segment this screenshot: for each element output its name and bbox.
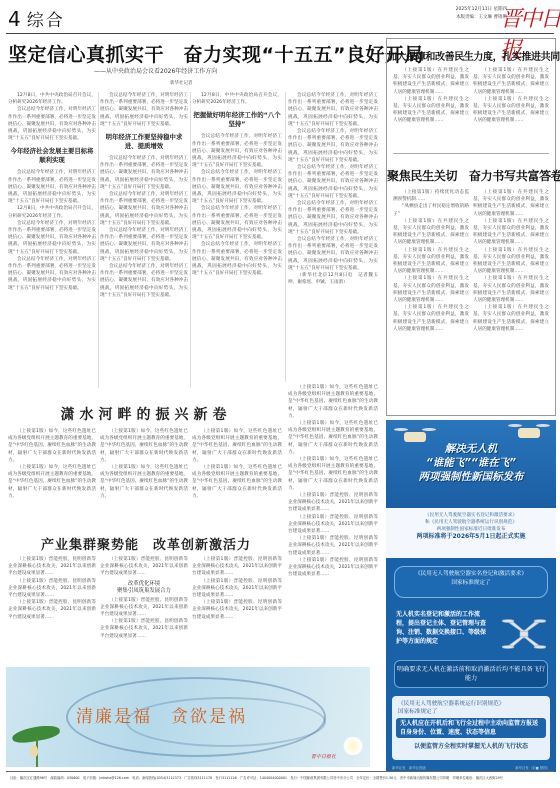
right-box-1-paragraph: （上接第1版）在共建民生之基，夯实人民群众的创业利益，激发积极建设生产生活新模式… — [473, 67, 549, 96]
credit-right: 新华社发（宋■ 制图） — [515, 765, 550, 770]
right-box-1-paragraph: （上接第1版）在共建民生之基，夯实人民群众的创业利益，激发积极建设生产生活新模式… — [473, 96, 549, 125]
right-box-2-paragraph: （上接第1版）在共建民生之基，夯实人民群众的创业利益，激发积极建设生产生活新模式… — [393, 218, 469, 247]
column-rule — [98, 92, 99, 388]
lead-paragraph: 会议总结今年经济工作，对明年经济工作作出一系列重要部署，必将进一步坚定发展信心、… — [192, 169, 282, 205]
credit-left: 新华社发 新华社图表 — [392, 765, 426, 770]
industry-subhead-line-2: 聚集引凤筑巢发展合力 — [100, 588, 188, 595]
standard-1-sub: 国家标准规定了 — [395, 579, 547, 588]
drone-icon — [518, 428, 540, 438]
industry-paragraph: （上接第1版）晋能控股、昆明创新等企业深耕核心技术攻关，2021年以来创新平台建… — [192, 556, 282, 578]
lead-subtitle: ——从中央政治局会议看2026年经济工作方向 — [94, 66, 217, 75]
industry-col-3: （上接第1版）晋能控股、昆明创新等企业深耕核心技术攻关，2021年以来创新平台建… — [192, 556, 282, 660]
lead-byline: 新华社记者 — [170, 80, 193, 86]
lead-paragraph: 会议总结今年经济工作，对明年经济工作作出一系列重要部署，必将进一步坚定发展信心、… — [288, 92, 378, 128]
standard-2-heading: 《民用无人驾驶航空器系统运行识别规范》 国家标准规定了 — [392, 696, 550, 716]
right-box-1-paragraph: （上接第1版）在共建民生之基，夯实人民群众的创业利益，激发积极建设生产生活新模式… — [393, 96, 469, 125]
lead-subhead: 明年经济工作要坚持稳中求进、提质增效 — [100, 133, 188, 151]
lead-column-4: 会议总结今年经济工作，对明年经济工作作出一系列重要部署，必将进一步坚定发展信心、… — [288, 92, 378, 382]
lead-paragraph: 会议总结今年经济工作，对明年经济工作作出一系列重要部署，必将进一步坚定发展信心、… — [192, 133, 282, 169]
standard-2-title: 《民用无人驾驶航空器系统运行识别规范》 — [398, 700, 550, 708]
issue-meta: 2025年12月11日 星期四 本版责编：王文琳 曹锦然 — [427, 6, 507, 22]
industry-subhead: 改革优化环境 聚集引凤筑巢发展合力 — [100, 581, 188, 595]
right-box-2-paragraph: （上接第1版）在共建民生之基，夯实人民群众的创业利益，激发积极建设生产生活新模式… — [393, 275, 469, 304]
lead-paragraph: 会议总结今年经济工作，对明年经济工作作出一系列重要部署，必将进一步坚定发展信心、… — [100, 263, 188, 299]
right-box-1-paragraph: （上接第1版）在共建民生之基，夯实人民群众的创业利益，激发积极建设生产生活新模式… — [393, 67, 469, 96]
drone-infographic: 解决无人机 “谁能飞”“谁在飞” 两项强制性新国标发布 《民用无人驾驶航空器实名… — [386, 420, 556, 772]
industry-paragraph: （上接第1版）晋能控股、昆明创新等企业深耕核心技术攻关，2021年以来创新平台建… — [8, 578, 96, 600]
right-box-2-paragraph: （上接第1版）在共建民生之基，夯实人民群众的创业利益，激发积极建设生产生活新模式… — [393, 247, 469, 276]
xiaoshui-paragraph: （上接第1版）如今，这些红色遗址已成为各级党组织开展主题教育的重要基地，是“中华… — [8, 428, 96, 464]
xiaoshui-paragraph: （上接第1版）如今，这些红色遗址已成为各级党组织开展主题教育的重要基地，是“中华… — [192, 428, 282, 464]
xiaoshui-paragraph: （上接第1版）如今，这些红色遗址已成为各级党组织开展主题教育的重要基地，是“中华… — [288, 456, 378, 492]
xiaoshui-headline: 潇水河畔的振兴新卷 — [8, 404, 284, 424]
right-box-2-paragraph: （上接第1版）在共建民生之基，夯实人民群众的创业利益，激发积极建设生产生活新模式… — [473, 304, 549, 333]
banner-slogan: 清廉是福 贪欲是祸 — [76, 702, 247, 727]
lead-paragraph: 会议总结今年经济工作，对明年经济工作作出一系列重要部署，必将进一步坚定发展信心、… — [288, 164, 378, 200]
right-box-1-title: 加大保障和改善民生力度，扎实推进共同富裕 — [387, 48, 555, 63]
lead-headline: 坚定信心真抓实干 奋力实现“十五五”良好开局 — [8, 40, 424, 67]
industry-paragraph: （上接第1版）晋能控股、昆明创新等企业深耕核心技术攻关，2021年以来创新平台建… — [8, 599, 96, 621]
standard-1-rule: 明确要求无人机在激活前和取消激活后均不能具备飞行能力 — [394, 660, 548, 688]
lead-paragraph: 会议总结今年经济工作，对明年经济工作作出一系列重要部署，必将进一步坚定发展信心、… — [8, 169, 96, 205]
column-rule — [190, 92, 191, 388]
lead-paragraph: 会议总结今年经济工作，对明年经济工作作出一系列重要部署，必将进一步坚定发展信心、… — [288, 200, 378, 236]
lotus-flower-icon — [342, 737, 364, 755]
lead-paragraph: 会议总结今年经济工作，对明年经济工作作出一系列重要部署，必将进一步坚定发展信心、… — [192, 205, 282, 241]
standard-1-bubble: 《民用无人驾驶航空器实名登记和激活要求》 国家标准规定了 — [394, 566, 548, 598]
xiaoshui-paragraph: （上接第1版）如今，这些红色遗址已成为各级党组织开展主题教育的重要基地，是“中华… — [100, 428, 188, 464]
industry-subhead-line-1: 改革优化环境 — [100, 581, 188, 588]
industry-col-1: （上接第1版）晋能控股、昆明创新等企业深耕核心技术攻关，2021年以来创新平台建… — [8, 556, 96, 660]
infographic-intro: 《民用无人驾驶航空器实名登记和激活要求》 和《民用无人驾驶航空器系统运行识别规范… — [386, 508, 556, 558]
standard-2-panel: 《民用无人驾驶航空器系统运行识别规范》 国家标准规定了 无人机应在开机后和飞行全… — [392, 696, 550, 760]
industry-paragraph: （上接第1版）晋能控股、昆明创新等企业深耕核心技术攻关，2021年以来创新平台建… — [192, 578, 282, 600]
lead-paragraph: 会议总结今年经济工作，对明年经济工作作出一系列重要部署，必将进一步坚定发展信心、… — [288, 236, 378, 272]
xiaoshui-col-1: （上接第1版）如今，这些红色遗址已成为各级党组织开展主题教育的重要基地，是“中华… — [8, 428, 96, 520]
banner-logo: 晋中日报社 — [311, 753, 336, 760]
industry-col-2: （上接第1版）晋能控股、昆明创新等企业深耕核心技术攻关，2021年以来创新平台建… — [100, 556, 188, 660]
infographic-headline: 解决无人机 “谁能飞”“谁在飞” 两项强制性新国标发布 — [386, 442, 556, 484]
lead-paragraph: 12月8日，中共中央政治局召开会议，分析研究2026年经济工作。 — [192, 92, 282, 106]
masthead-rule — [6, 33, 554, 34]
intro-line: 《民用无人驾驶航空器实名登记和激活要求》 — [386, 513, 556, 520]
right-box-1-col-1: （上接第1版）在共建民生之基，夯实人民群众的创业利益，激发积极建设生产生活新模式… — [393, 67, 469, 149]
right-box-2-col-1: （上接第1版）持续优化动态监测预警机制…… “凤栖县走出了村民稳定增收的路子” … — [393, 189, 469, 409]
industry-paragraph: （上接第1版）晋能控股、昆明创新等企业深耕核心技术攻关，2021年以来创新平台建… — [100, 556, 188, 578]
right-box-2-paragraph: （上接第1版）在共建民生之基，夯实人民群众的创业利益，激发积极建设生产生活新模式… — [473, 189, 549, 218]
infographic-credit: 新华社发 新华社图表 新华社发（宋■ 制图） — [392, 765, 550, 770]
standard-1-desc: 无人机实名登记和激活的工作流程，提出登记主体、登记管理与查询、注销、数据交换接口… — [396, 610, 490, 646]
lead-paragraph: 会议总结今年经济工作，对明年经济工作作出一系列重要部署，必将进一步坚定发展信心、… — [100, 227, 188, 263]
integrity-banner: 清廉是福 贪欲是祸 晋中日报社 — [6, 667, 370, 767]
xiaoshui-paragraph: （上接第1版）如今，这些红色遗址已成为各级党组织开展主题教育的重要基地，是“中华… — [288, 384, 378, 420]
xiaoshui-col-4: （上接第1版）如今，这些红色遗址已成为各级党组织开展主题教育的重要基地，是“中华… — [288, 384, 378, 660]
lead-paragraph: 会议总结今年经济工作，对明年经济工作作出一系列重要部署，必将进一步坚定发展信心、… — [8, 256, 96, 292]
headline-line-2: “谁能飞”“谁在飞” — [386, 456, 556, 470]
page-number: 4综合 — [8, 6, 65, 31]
xiaoshui-paragraph: （上接第1版）如今，这些红色遗址已成为各级党组织开展主题教育的重要基地，是“中华… — [8, 464, 96, 500]
industry-paragraph: （上接第1版）晋能控股、昆明创新等企业深耕核心技术攻关，2021年以来创新平台建… — [288, 492, 378, 514]
lead-column-1: 12月8日，中共中央政治局召开会议，分析研究2026年经济工作。 会议总结今年经… — [8, 92, 96, 388]
industry-headline: 产业集群聚势能 改革创新激活力 — [8, 534, 284, 553]
lead-paragraph: 会议总结今年经济工作，对明年经济工作作出一系列重要部署，必将进一步坚定发展信心、… — [100, 92, 188, 128]
xiaoshui-col-3: （上接第1版）如今，这些红色遗址已成为各级党组织开展主题教育的重要基地，是“中华… — [192, 428, 282, 520]
industry-paragraph: （上接第1版）晋能控股、昆明创新等企业深耕核心技术攻关，2021年以来创新平台建… — [288, 535, 378, 557]
right-box-2-paragraph: （上接第1版）在共建民生之基，夯实人民群众的创业利益，激发积极建设生产生活新模式… — [393, 304, 469, 333]
industry-paragraph: （上接第1版）晋能控股、昆明创新等企业深耕核心技术攻关，2021年以来创新平台建… — [192, 599, 282, 621]
lead-paragraph: 会议总结今年经济工作，对明年经济工作作出一系列重要部署，必将进一步坚定发展信心、… — [288, 128, 378, 164]
lead-subhead: 把握做好明年经济工作的“八个坚持” — [192, 111, 282, 129]
lead-column-3: 12月8日，中共中央政治局召开会议，分析研究2026年经济工作。 把握做好明年经… — [192, 92, 282, 388]
right-box: 加大保障和改善民生力度，扎实推进共同富裕 （上接第1版）在共建民生之基，夯实人民… — [386, 38, 556, 416]
right-box-2-paragraph: “凤栖县走出了村民稳定增收的路子” — [393, 203, 469, 217]
issue-date: 2025年12月11日 — [456, 7, 492, 12]
section-name: 综合 — [27, 11, 65, 31]
lead-credit: （新华社北京12月8日电 记者魏玉坤、谢希瑶、申铖、王雨萧） — [288, 272, 378, 286]
page-number-value: 4 — [8, 7, 23, 31]
lotus-bud-icon — [30, 745, 38, 757]
industry-paragraph: （上接第1版）晋能控股、昆明创新等企业深耕核心技术攻关，2021年以来创新平台建… — [288, 557, 378, 579]
lead-paragraph: 会议总结今年经济工作，对明年经济工作作出一系列重要部署，必将进一步坚定发展信心、… — [8, 220, 96, 256]
imprint-footer: 社址：榆次区汇通路96号 邮政编码：030600 电子信箱：jzrbshe@12… — [10, 775, 550, 780]
masthead: 4综合 2025年12月11日 星期四 本版责编：王文琳 曹锦然 晋中日报 — [0, 0, 560, 34]
footer-rule — [6, 771, 554, 772]
industry-paragraph: （上接第1版）晋能控股、昆明创新等企业深耕核心技术攻关，2021年以来创新平台建… — [100, 618, 188, 640]
standard-2-sub: 国家标准规定了 — [398, 708, 550, 716]
lead-column-2: 会议总结今年经济工作，对明年经济工作作出一系列重要部署，必将进一步坚定发展信心、… — [100, 92, 188, 388]
lead-paragraph: 会议总结今年经济工作，对明年经济工作作出一系列重要部署，必将进一步坚定发展信心、… — [100, 191, 188, 227]
headline-line-3: 两项强制性新国标发布 — [386, 470, 556, 484]
lead-paragraph: 会议总结今年经济工作，对明年经济工作作出一系列重要部署，必将进一步坚定发展信心、… — [8, 106, 96, 142]
headline-line-1: 解决无人机 — [386, 442, 556, 456]
right-box-2-paragraph: （上接第1版）在共建民生之基，夯实人民群众的创业利益，激发积极建设生产生活新模式… — [473, 218, 549, 247]
right-box-2-paragraph: （上接第1版）在共建民生之基，夯实人民群众的创业利益，激发积极建设生产生活新模式… — [473, 275, 549, 304]
lead-paragraph: 会议总结今年经济工作，对明年经济工作作出一系列重要部署，必将进一步坚定发展信心、… — [192, 241, 282, 277]
lead-paragraph: 12月8日，中共中央政治局召开会议，分析研究2026年经济工作。 — [8, 205, 96, 219]
industry-paragraph: （上接第1版）晋能控股、昆明创新等企业深耕核心技术攻关，2021年以来创新平台建… — [8, 556, 96, 578]
drone-icon — [404, 432, 426, 442]
right-box-separator — [393, 153, 549, 154]
lead-paragraph: 12月8日，中共中央政治局召开会议，分析研究2026年经济工作。 — [8, 92, 96, 106]
right-box-2-col-2: （上接第1版）在共建民生之基，夯实人民群众的创业利益，激发积极建设生产生活新模式… — [473, 189, 549, 399]
effective-date: 两项标准将于2026年5月1日起正式实施 — [386, 534, 556, 541]
right-box-1-col-2: （上接第1版）在共建民生之基，夯实人民群众的创业利益，激发积极建设生产生活新模式… — [473, 67, 549, 149]
column-rule — [285, 92, 286, 382]
xiaoshui-col-2: （上接第1版）如今，这些红色遗址已成为各级党组织开展主题教育的重要基地，是“中华… — [100, 428, 188, 520]
standard-2-foot: 以便监管方全程实时掌握无人机的飞行状态 — [392, 741, 550, 750]
standard-2-rule: 无人机应在开机后和飞行全过程中主动向监管方报送自身身份、位置、速度、状态等信息 — [396, 718, 546, 738]
intro-line: 和《民用无人驾驶航空器系统运行识别规范》 — [386, 520, 556, 527]
infographic-header: 解决无人机 “谁能飞”“谁在飞” 两项强制性新国标发布 — [386, 420, 556, 508]
editor-credit: 本版责编：王文琳 — [456, 15, 492, 20]
xiaoshui-paragraph: （上接第1版）如今，这些红色遗址已成为各级党组织开展主题教育的重要基地，是“中华… — [192, 464, 282, 500]
industry-paragraph: （上接第1版）晋能控股、昆明创新等企业深耕核心技术攻关，2021年以来创新平台建… — [100, 597, 188, 619]
xiaoshui-paragraph: （上接第1版）如今，这些红色遗址已成为各级党组织开展主题教育的重要基地，是“中华… — [100, 464, 188, 500]
right-box-2-paragraph: （上接第1版）持续优化动态监测预警机制…… — [393, 189, 469, 203]
right-box-2-title: 聚焦民生关切 奋力书写共富答卷 — [387, 167, 555, 184]
xiaoshui-paragraph: （上接第1版）如今，这些红色遗址已成为各级党组织开展主题教育的重要基地，是“中华… — [288, 420, 378, 456]
lead-subhead: 今年经济社会发展主要目标将顺利实现 — [8, 147, 96, 165]
lead-paragraph: 会议总结今年经济工作，对明年经济工作作出一系列重要部署，必将进一步坚定发展信心、… — [100, 155, 188, 191]
right-box-2-paragraph: （上接第1版）在共建民生之基，夯实人民群众的创业利益，激发积极建设生产生活新模式… — [473, 247, 549, 276]
drone-illustration-icon — [502, 616, 546, 652]
industry-paragraph: （上接第1版）晋能控股、昆明创新等企业深耕核心技术攻关，2021年以来创新平台建… — [288, 514, 378, 536]
standard-1-title: 《民用无人驾驶航空器实名登记和激活要求》 — [395, 570, 547, 579]
